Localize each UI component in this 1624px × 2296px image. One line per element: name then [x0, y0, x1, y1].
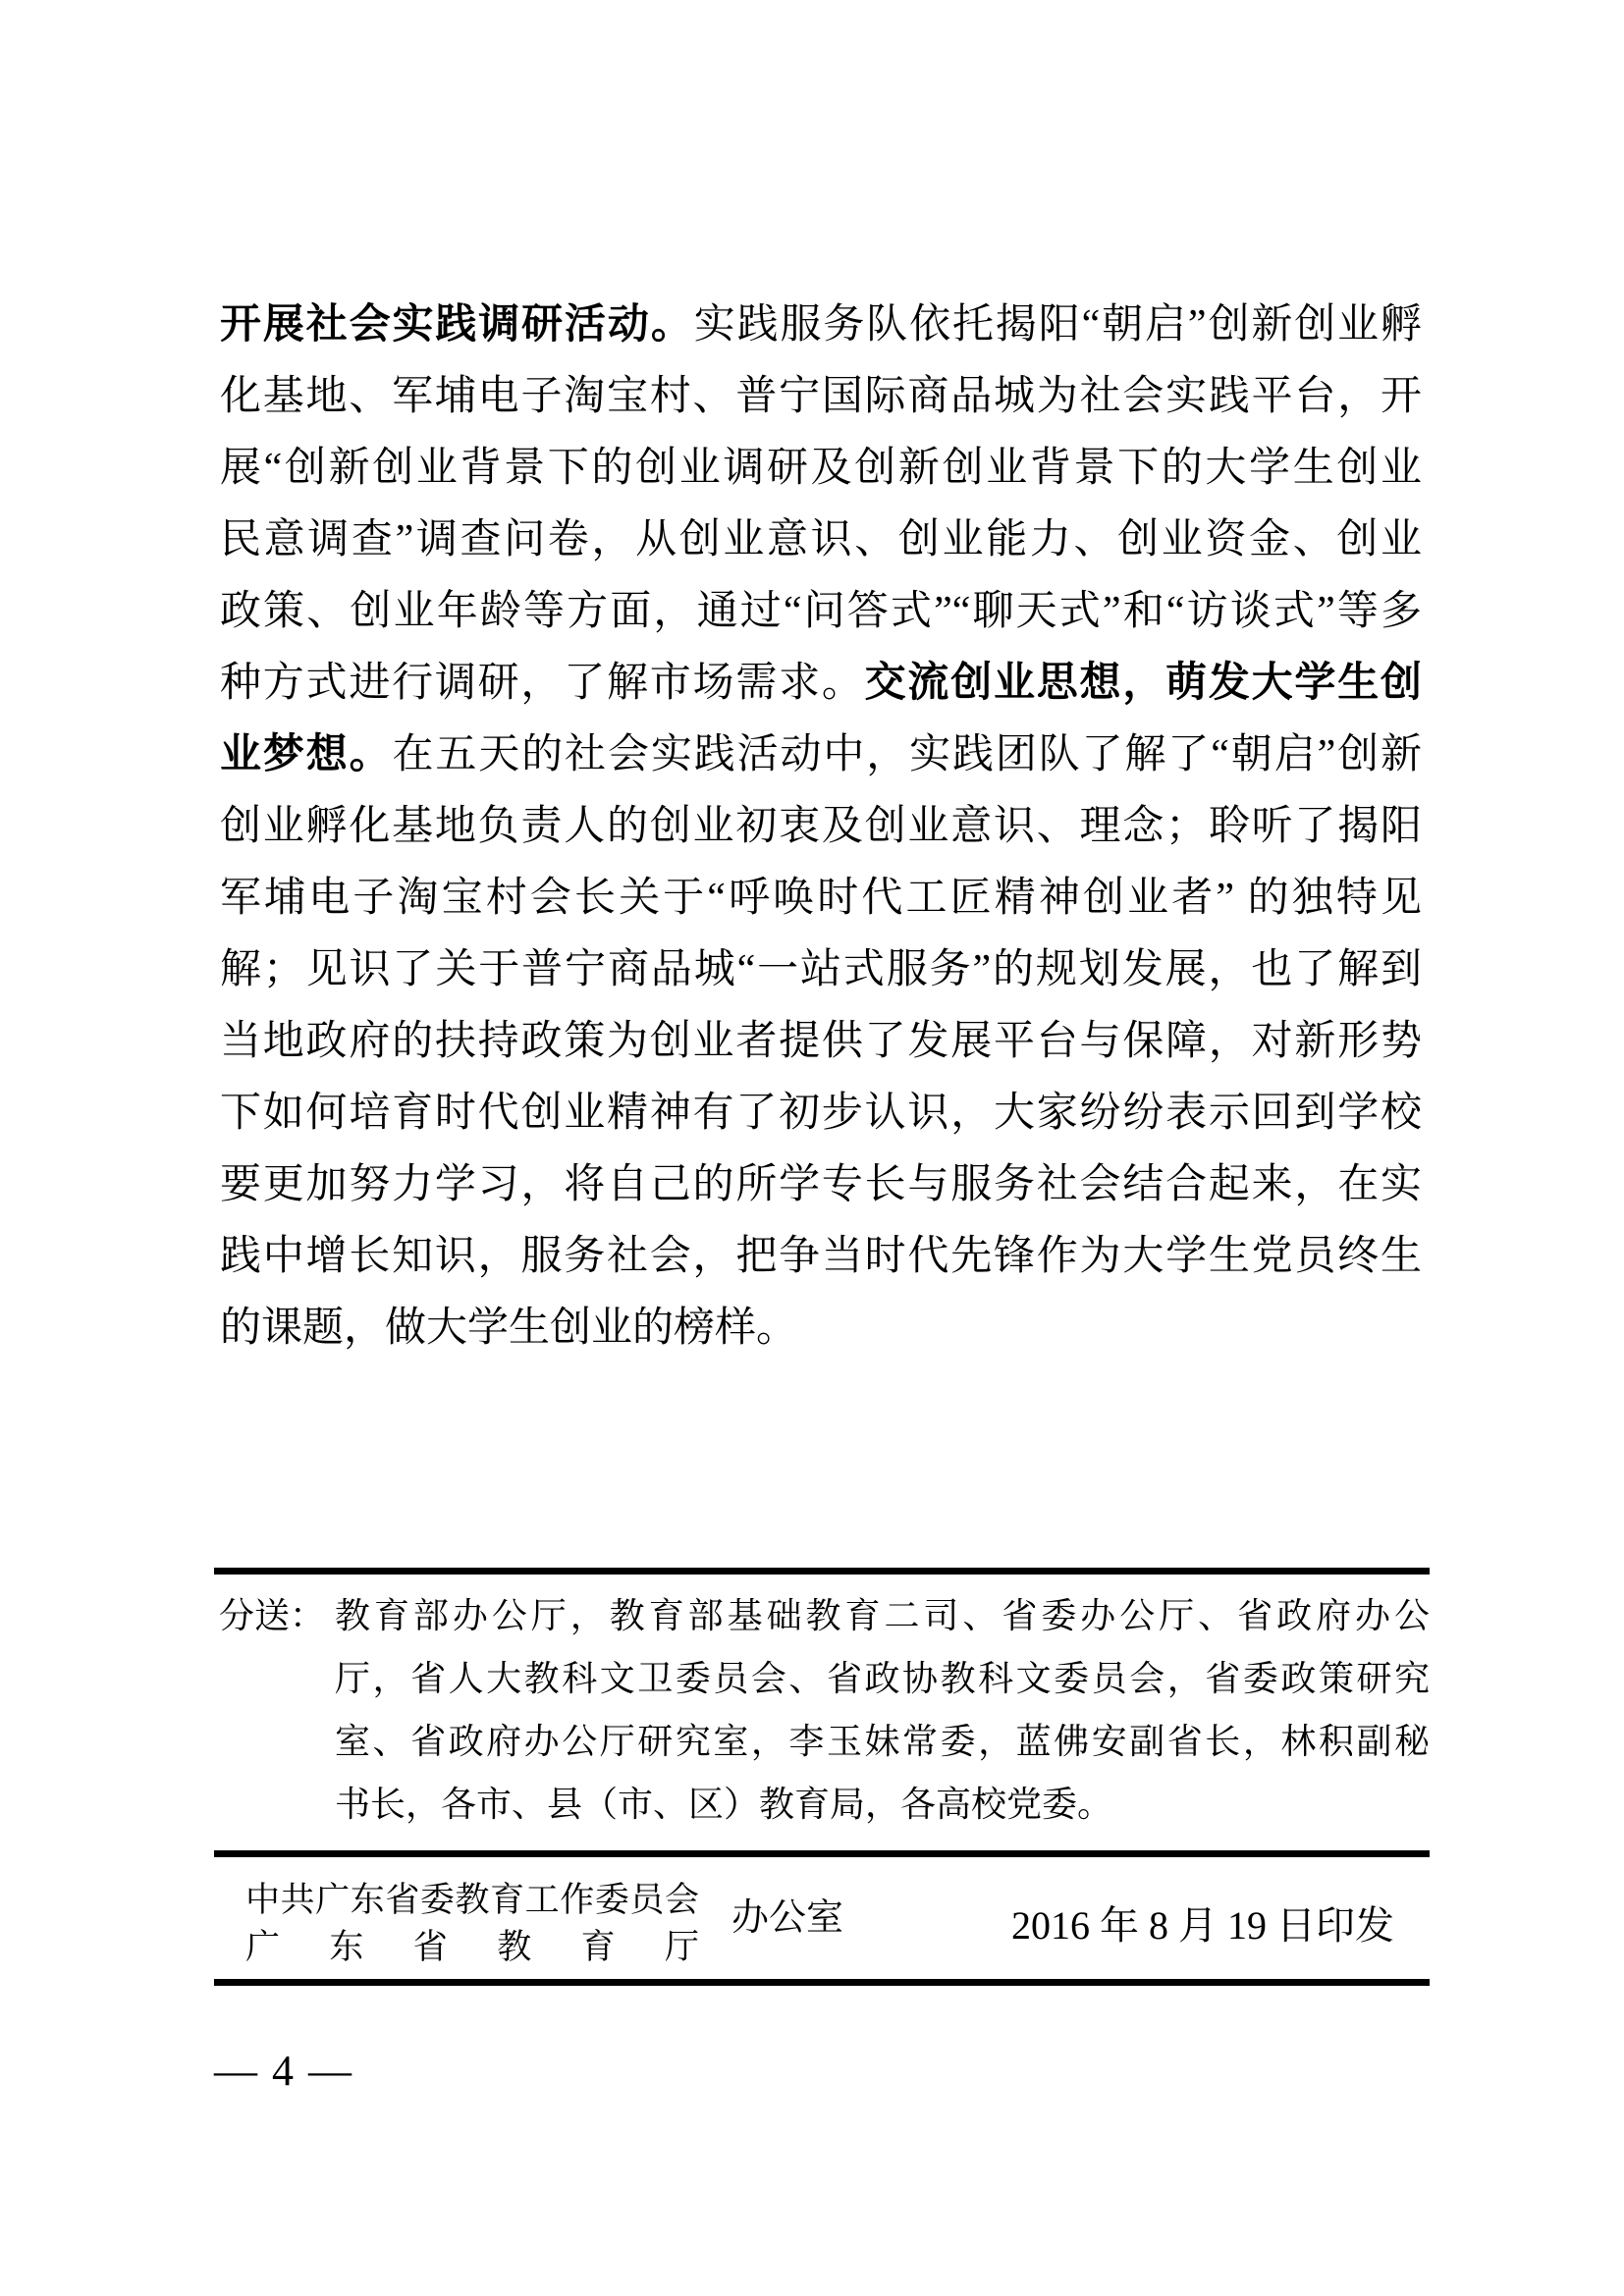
body-segment: 践中增长知识，服务社会，把争当时代先锋作为大学生党员终生: [220, 1234, 1422, 1279]
body-segment: 实践服务队依托揭阳“朝启”创新创业孵: [694, 302, 1422, 347]
body-segment: 军埔电子淘宝村会长关于“呼唤时代工匠精神创业者” 的独特见: [220, 876, 1422, 921]
divider-above-issuer: [214, 1850, 1430, 1857]
distribution-label: 分送：: [219, 1584, 335, 1647]
body-line: 业梦想。在五天的社会实践活动中，实践团队了解了“朝启”创新: [220, 720, 1422, 791]
body-segment: 政策、创业年龄等方面，通过“问答式”“聊天式”和“访谈式”等多: [220, 589, 1422, 634]
body-line: 当地政府的扶持政策为创业者提供了发展平台与保障，对新形势: [220, 1006, 1422, 1078]
body-segment: 种方式进行调研，了解市场需求。: [220, 661, 865, 706]
divider-above-distribution: [214, 1568, 1430, 1575]
distribution-line: 室、省政府办公厅研究室，李玉妹常委，蓝佛安副省长，林积副秘: [335, 1710, 1430, 1773]
distribution-line: 书长，各市、县（市、区）教育局，各高校党委。: [335, 1773, 1430, 1836]
issuer-committee: 中共广东省委教育工作委员会: [245, 1877, 699, 1924]
distribution-line: 教育部办公厅，教育部基础教育二司、省委办公厅、省政府办公: [335, 1584, 1430, 1647]
body-segment: 在五天的社会实践活动中，实践团队了解了“朝启”创新: [393, 732, 1422, 777]
distribution-block: 分送： 教育部办公厅，教育部基础教育二司、省委办公厅、省政府办公厅，省人大教科文…: [219, 1584, 1430, 1836]
body-line: 军埔电子淘宝村会长关于“呼唤时代工匠精神创业者” 的独特见: [220, 863, 1422, 934]
body-segment: 的课题，做大学生创业的榜样。: [220, 1306, 797, 1351]
print-date: 2016 年 8 月 19 日印发: [1011, 1906, 1394, 1946]
body-segment-bold: 交流创业思想，萌发大学生创: [865, 661, 1422, 706]
body-segment-bold: 开展社会实践调研活动。: [220, 302, 694, 347]
body-line: 化基地、军埔电子淘宝村、普宁国际商品城为社会实践平台，开: [220, 361, 1422, 433]
body-line: 要更加努力学习，将自己的所学专长与服务社会结合起来，在实: [220, 1149, 1422, 1221]
body-line: 开展社会实践调研活动。实践服务队依托揭阳“朝启”创新创业孵: [220, 290, 1422, 361]
issuer-department: 广东省教育厅: [245, 1924, 699, 1971]
body-line: 展“创新创业背景下的创业调研及创新创业背景下的大学生创业: [220, 433, 1422, 505]
body-line: 解；见识了关于普宁商品城“一站式服务”的规划发展，也了解到: [220, 934, 1422, 1006]
issuing-office: 办公室: [731, 1899, 843, 1937]
body-line: 政策、创业年龄等方面，通过“问答式”“聊天式”和“访谈式”等多: [220, 576, 1422, 648]
body-line: 种方式进行调研，了解市场需求。交流创业思想，萌发大学生创: [220, 648, 1422, 720]
body-line: 践中增长知识，服务社会，把争当时代先锋作为大学生党员终生: [220, 1221, 1422, 1293]
body-line: 民意调查”调查问卷，从创业意识、创业能力、创业资金、创业: [220, 505, 1422, 576]
body-segment: 创业孵化基地负责人的创业初衷及创业意识、理念；聆听了揭阳: [220, 804, 1422, 849]
divider-below-issuer: [214, 1979, 1430, 1986]
body-paragraph: 开展社会实践调研活动。实践服务队依托揭阳“朝启”创新创业孵化基地、军埔电子淘宝村…: [220, 290, 1422, 1364]
body-segment: 下如何培育时代创业精神有了初步认识，大家纷纷表示回到学校: [220, 1091, 1422, 1136]
document-page: 开展社会实践调研活动。实践服务队依托揭阳“朝启”创新创业孵化基地、军埔电子淘宝村…: [0, 0, 1624, 2296]
body-segment: 要更加努力学习，将自己的所学专长与服务社会结合起来，在实: [220, 1162, 1422, 1207]
body-line: 的课题，做大学生创业的榜样。: [220, 1293, 1422, 1364]
body-segment: 当地政府的扶持政策为创业者提供了发展平台与保障，对新形势: [220, 1019, 1422, 1064]
body-segment: 化基地、军埔电子淘宝村、普宁国际商品城为社会实践平台，开: [220, 374, 1422, 419]
body-line: 创业孵化基地负责人的创业初衷及创业意识、理念；聆听了揭阳: [220, 791, 1422, 863]
body-line: 下如何培育时代创业精神有了初步认识，大家纷纷表示回到学校: [220, 1078, 1422, 1149]
issuer-block: 中共广东省委教育工作委员会 广东省教育厅: [245, 1877, 699, 1971]
distribution-list: 教育部办公厅，教育部基础教育二司、省委办公厅、省政府办公厅，省人大教科文卫委员会…: [335, 1584, 1430, 1836]
page-number: — 4 —: [214, 2050, 353, 2093]
body-segment-bold: 业梦想。: [220, 732, 393, 777]
body-segment: 解；见识了关于普宁商品城“一站式服务”的规划发展，也了解到: [220, 947, 1422, 992]
body-segment: 民意调查”调查问卷，从创业意识、创业能力、创业资金、创业: [220, 517, 1422, 562]
distribution-line: 厅，省人大教科文卫委员会、省政协教科文委员会，省委政策研究: [335, 1647, 1430, 1710]
body-segment: 展“创新创业背景下的创业调研及创新创业背景下的大学生创业: [220, 446, 1422, 491]
